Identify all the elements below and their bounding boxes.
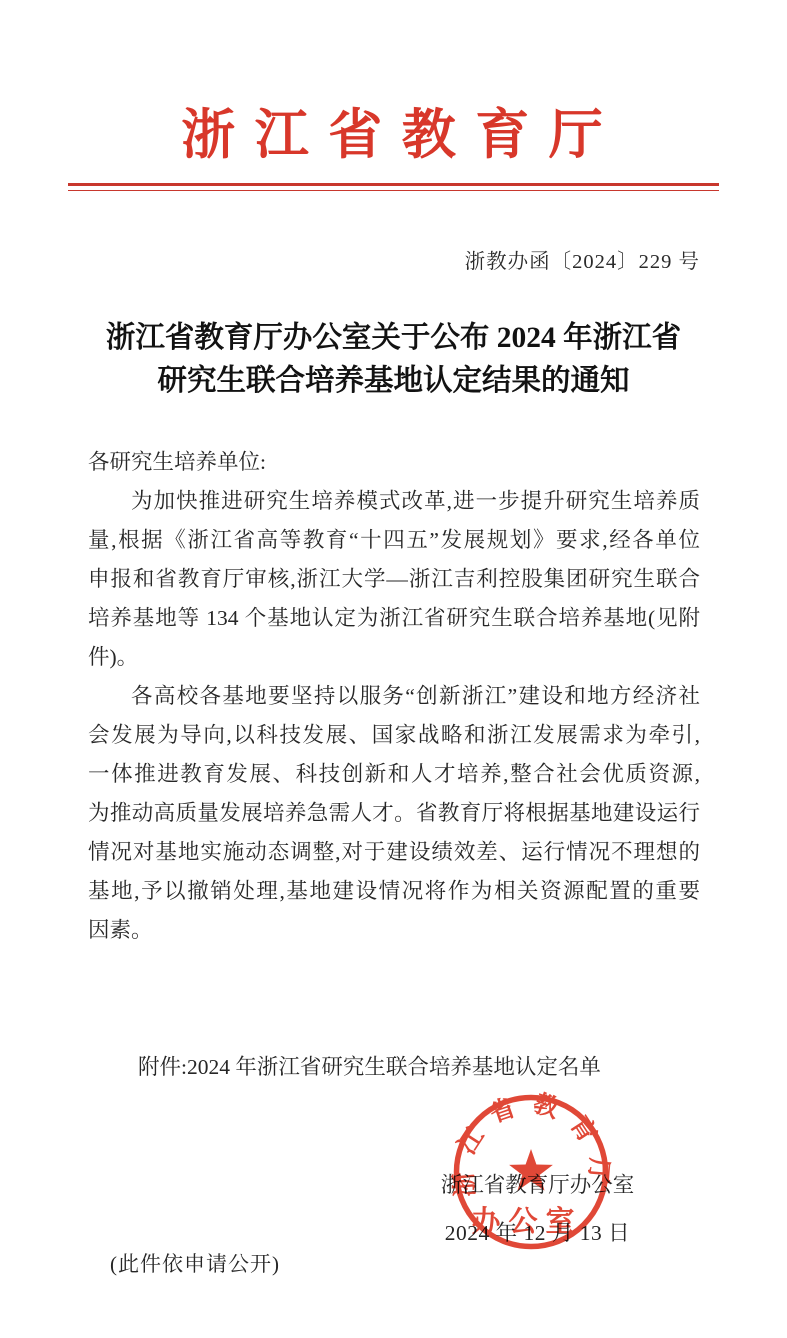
- sign-date: 2024 年 12 月 13 日: [385, 1216, 690, 1247]
- salutation: 各研究生培养单位:: [88, 443, 700, 482]
- notice-body: 各研究生培养单位: 为加快推进研究生培养模式改革,进一步提升研究生培养质 量,根…: [88, 443, 700, 950]
- body-line: 量,根据《浙江省高等教育“十四五”发展规划》要求,经各单位: [88, 521, 700, 560]
- body-line: 因素。: [88, 911, 700, 950]
- notice-title-line1: 浙江省教育厅办公室关于公布 2024 年浙江省: [0, 317, 787, 360]
- body-line: 会发展为导向,以科技发展、国家战略和浙江发展需求为牵引,: [88, 716, 700, 755]
- attachment-line: 附件:2024 年浙江省研究生联合培养基地认定名单: [88, 1050, 700, 1081]
- disclosure-footnote: (此件依申请公开): [110, 1248, 280, 1278]
- body-line: 申报和省教育厅审核,浙江大学—浙江吉利控股集团研究生联合: [88, 560, 700, 599]
- closing-block: 浙江省教育厅办公室 2024 年 12 月 13 日: [385, 1168, 690, 1247]
- body-line: 为加快推进研究生培养模式改革,进一步提升研究生培养质: [88, 482, 700, 521]
- body-line: 为推动高质量发展培养急需人才。省教育厅将根据基地建设运行: [88, 794, 700, 833]
- body-line: 各高校各基地要坚持以服务“创新浙江”建设和地方经济社: [88, 677, 700, 716]
- body-line: 件)。: [88, 638, 700, 677]
- document-page: 浙 江 省 教 育 厅 浙教办函〔2024〕229 号 浙江省教育厅办公室关于公…: [0, 0, 787, 1338]
- letterhead-divider-rule: [68, 183, 719, 191]
- letterhead-agency-name: 浙 江 省 教 育 厅: [0, 92, 787, 169]
- notice-title: 浙江省教育厅办公室关于公布 2024 年浙江省 研究生联合培养基地认定结果的通知: [0, 317, 787, 403]
- signer-name: 浙江省教育厅办公室: [385, 1168, 690, 1199]
- notice-title-line2: 研究生联合培养基地认定结果的通知: [0, 360, 787, 403]
- body-line: 基地,予以撤销处理,基地建设情况将作为相关资源配置的重要: [88, 872, 700, 911]
- body-line: 情况对基地实施动态调整,对于建设绩效差、运行情况不理想的: [88, 833, 700, 872]
- document-reference-number: 浙教办函〔2024〕229 号: [465, 244, 700, 274]
- body-line: 一体推进教育发展、科技创新和人才培养,整合社会优质资源,: [88, 755, 700, 794]
- body-line: 培养基地等 134 个基地认定为浙江省研究生联合培养基地(见附: [88, 599, 700, 638]
